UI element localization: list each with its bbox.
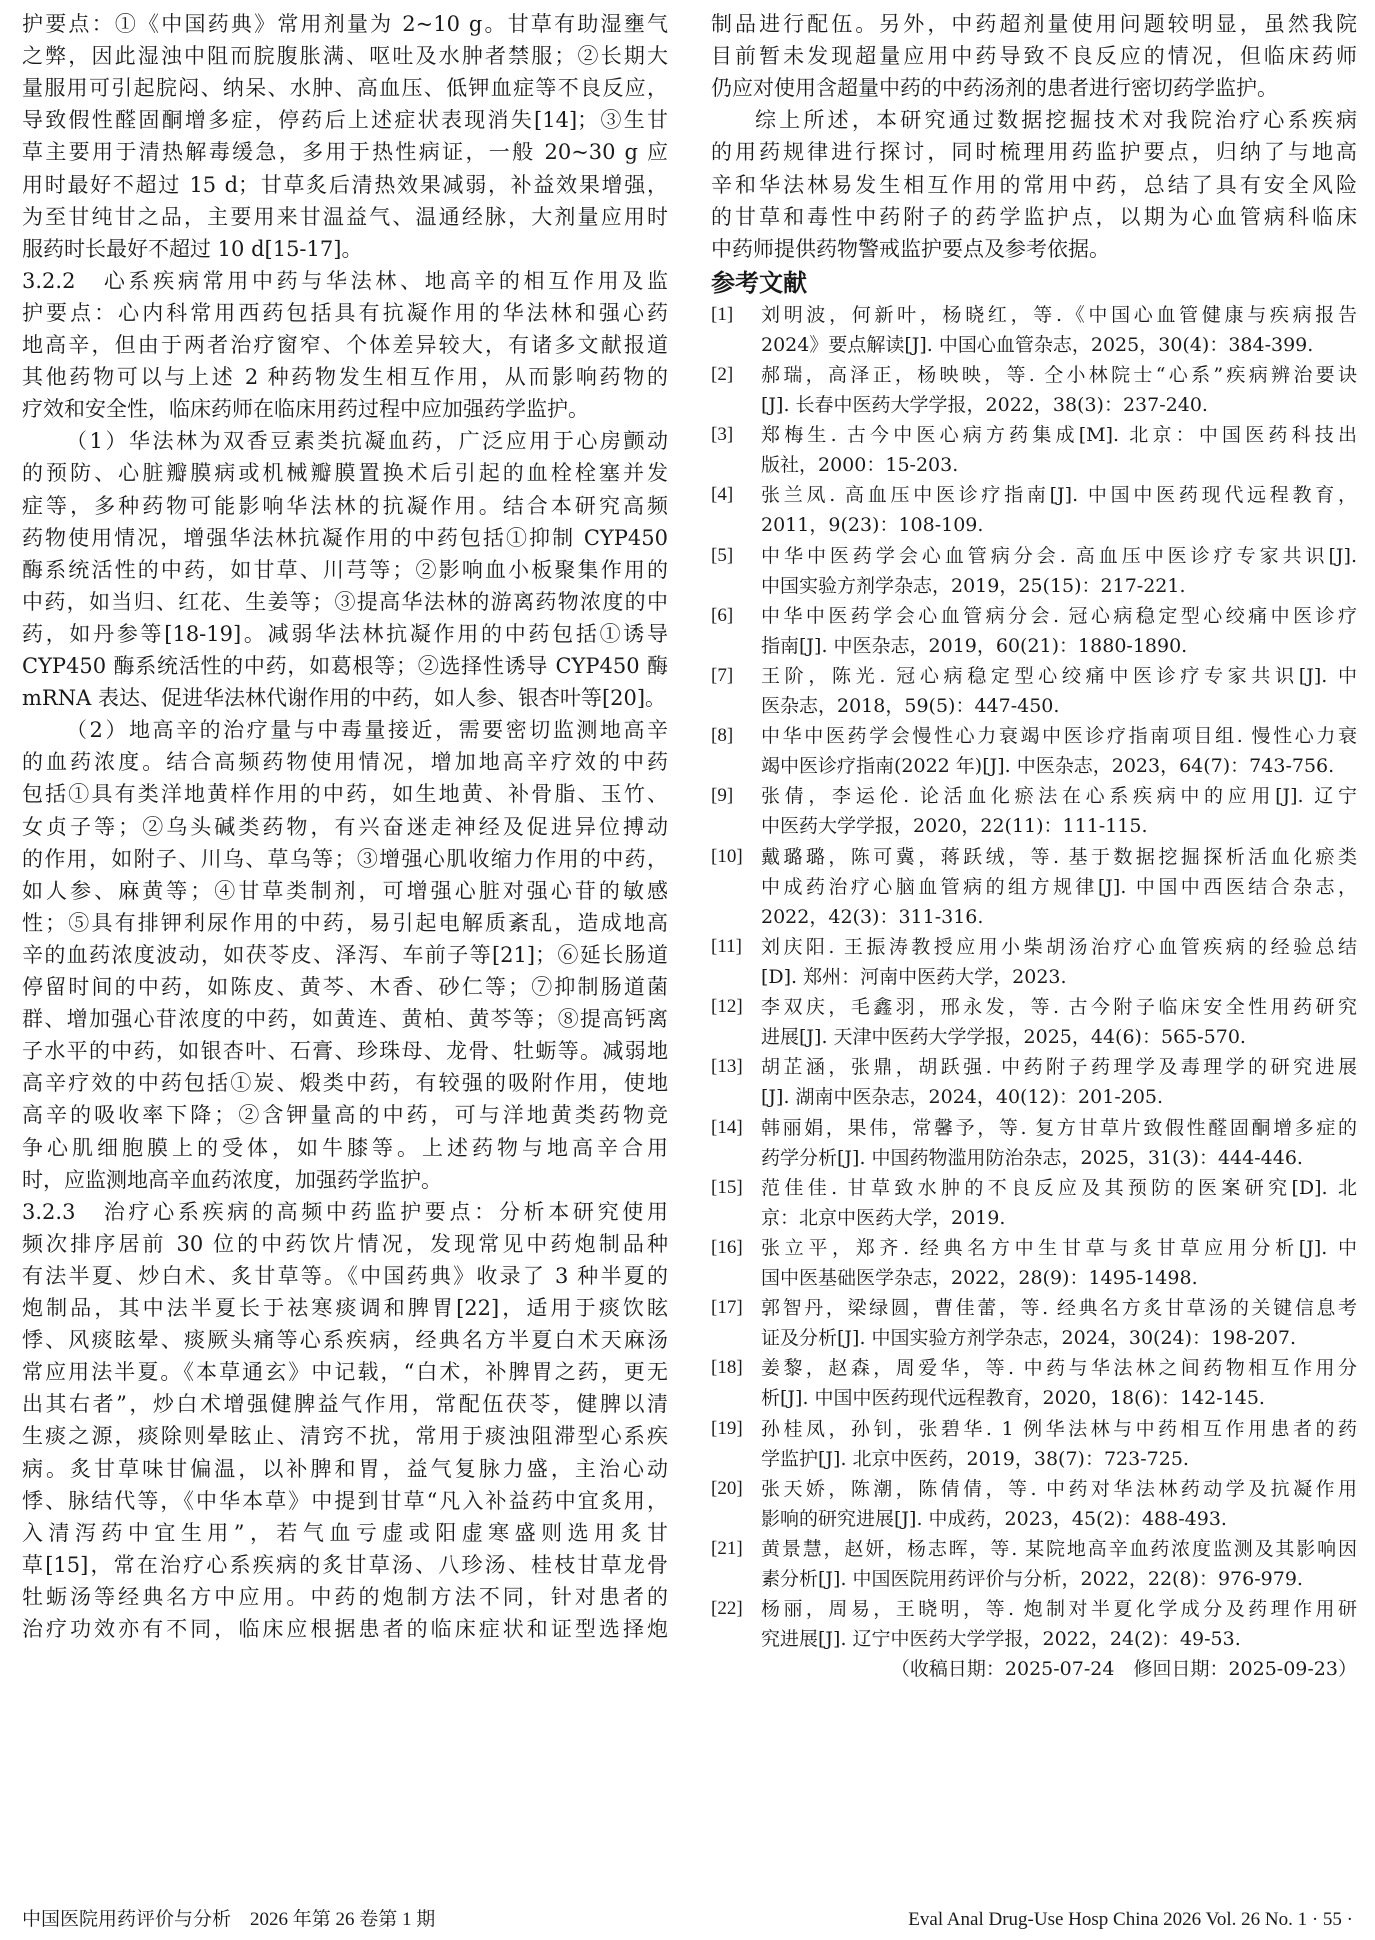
reference-number: [11] xyxy=(711,931,742,963)
reference-text-line: 析[J]. 中国中医药现代远程教育，2020，18(6)：142-145. xyxy=(761,1382,1357,1414)
text-line: 药，如丹参等[18-19]。减弱华法林抗凝作用的中药包括①诱导 xyxy=(22,618,668,650)
text-line: 制品进行配伍。另外，中药超剂量使用问题较明显，虽然我院 xyxy=(711,8,1357,40)
reference-text-line: 戴璐璐，陈可冀，蒋跃绒，等. 基于数据挖掘探析活血化瘀类 xyxy=(761,841,1357,873)
reference-text-line: 药学分析[J]. 中国药物滥用防治杂志，2025，31(3)：444-446. xyxy=(761,1142,1357,1174)
reference-text-line: 刘明波，何新叶，杨晓红，等.《中国心血管健康与疾病报告 xyxy=(761,299,1357,331)
text-line: 症等，多种药物可能影响华法林的抗凝作用。结合本研究高频 xyxy=(22,490,668,522)
text-line: 用时最好不超过 15 d；甘草炙后清热效果减弱，补益效果增强， xyxy=(22,169,668,201)
reference-text-line: 影响的研究进展[J]. 中成药，2023，45(2)：488-493. xyxy=(761,1503,1357,1535)
reference-text-line: 姜黎，赵森，周爱华，等. 中药与华法林之间药物相互作用分 xyxy=(761,1352,1357,1384)
text-line: 停留时间的中药，如陈皮、黄芩、木香、砂仁等；⑦抑制肠道菌 xyxy=(22,971,668,1003)
reference-number: [16] xyxy=(711,1232,743,1264)
footer-page-info: Eval Anal Drug-Use Hosp China 2026 Vol. … xyxy=(908,1908,1353,1932)
reference-number: [3] xyxy=(711,419,733,451)
text-line: 地高辛，但由于两者治疗窗窄、个体差异较大，有诸多文献报道 xyxy=(22,329,668,361)
text-line: 频次排序居前 30 位的中药饮片情况，发现常见中药炮制品种 xyxy=(22,1228,668,1260)
text-line: 悸、脉结代等，《中华本草》中提到甘草“凡入补益药中宜炙用， xyxy=(22,1485,668,1517)
text-line: 出其右者”，炒白术增强健脾益气作用，常配伍茯苓，健脾以清 xyxy=(22,1388,668,1420)
text-line: 为至甘纯甘之品，主要用来甘温益气、温通经脉，大剂量应用时 xyxy=(22,201,668,233)
text-line: 草主要用于清热解毒缓急，多用于热性病证，一般 20~30 g 应 xyxy=(22,136,668,168)
text-line: 如人参、麻黄等；④甘草类制剂，可增强心脏对强心苷的敏感 xyxy=(22,875,668,907)
text-line: 护要点：①《中国药典》常用剂量为 2~10 g。甘草有助湿壅气 xyxy=(22,8,668,40)
text-line: 病。炙甘草味甘偏温，以补脾和胃，益气复脉力盛，主治心动 xyxy=(22,1453,668,1485)
reference-text-line: 郑梅生. 古今中医心病方药集成[M]. 北京：中国医药科技出 xyxy=(761,419,1357,451)
reference-text-line: 中华中医药学会慢性心力衰竭中医诊疗指南项目组. 慢性心力衰 xyxy=(761,720,1357,752)
reference-text-line: 学监护[J]. 北京中医药，2019，38(7)：723-725. xyxy=(761,1443,1357,1475)
reference-text-line: 中华中医药学会心血管病分会. 冠心病稳定型心绞痛中医诊疗 xyxy=(761,600,1357,632)
reference-number: [10] xyxy=(711,841,743,873)
reference-number: [4] xyxy=(711,479,733,511)
reference-text-line: 张立平，郑齐. 经典名方中生甘草与炙甘草应用分析[J]. 中 xyxy=(761,1232,1357,1264)
text-line: 仍应对使用含超量中药的中药汤剂的患者进行密切药学监护。 xyxy=(711,72,1357,104)
text-line: 的甘草和毒性中药附子的药学监护点，以期为心血管病科临床 xyxy=(711,201,1357,233)
text-line: 争心肌细胞膜上的受体，如牛膝等。上述药物与地高辛合用 xyxy=(22,1132,668,1164)
text-line: 导致假性醛固酮增多症，停药后上述症状表现消失[14]；③生甘 xyxy=(22,104,668,136)
text-line: 综上所述，本研究通过数据挖掘技术对我院治疗心系疾病 xyxy=(755,104,1357,136)
reference-number: [5] xyxy=(711,540,733,572)
text-line: 中药师提供药物警戒监护要点及参考依据。 xyxy=(711,233,1357,265)
text-line: 3.2.2 心系疾病常用中药与华法林、地高辛的相互作用及监 xyxy=(22,265,668,297)
text-line: 药物使用情况，增强华法林抗凝作用的中药包括①抑制 CYP450 xyxy=(22,522,668,554)
reference-number: [18] xyxy=(711,1352,743,1384)
reference-text-line: 2024》要点解读[J]. 中国心血管杂志，2025，30(4)：384-399… xyxy=(761,329,1357,361)
reference-text-line: 李双庆，毛鑫羽，邢永发，等. 古今附子临床安全性用药研究 xyxy=(761,991,1357,1023)
reference-number: [2] xyxy=(711,359,733,391)
text-line: 3.2.3 治疗心系疾病的高频中药监护要点：分析本研究使用 xyxy=(22,1196,668,1228)
text-line: 的用药规律进行探讨，同时梳理用药监护要点，归纳了与地高 xyxy=(711,136,1357,168)
reference-text-line: 郝瑞，高泽正，杨映映，等. 仝小林院士“心系”疾病辨治要诀 xyxy=(761,359,1357,391)
text-line: 悸、风痰眩晕、痰厥头痛等心系疾病，经典名方半夏白术天麻汤 xyxy=(22,1324,668,1356)
text-line: 治疗功效亦有不同，临床应根据患者的临床症状和证型选择炮 xyxy=(22,1613,668,1645)
reference-text-line: 2022，42(3)：311-316. xyxy=(761,901,1357,933)
text-line: 其他药物可以与上述 2 种药物发生相互作用，从而影响药物的 xyxy=(22,361,668,393)
text-line: 牡蛎汤等经典名方中应用。中药的炮制方法不同，针对患者的 xyxy=(22,1581,668,1613)
reference-number: [6] xyxy=(711,600,733,632)
text-line: 女贞子等；②乌头碱类药物，有兴奋迷走神经及促进异位搏动 xyxy=(22,811,668,843)
reference-text-line: 韩丽娟，果伟，常馨予，等. 复方甘草片致假性醛固酮增多症的 xyxy=(761,1112,1357,1144)
reference-text-line: [D]. 郑州：河南中医药大学，2023. xyxy=(761,961,1357,993)
text-line: 子水平的中药，如银杏叶、石膏、珍珠母、龙骨、牡蛎等。减弱地 xyxy=(22,1035,668,1067)
text-line: 中药，如当归、红花、生姜等；③提高华法林的游离药物浓度的中 xyxy=(22,586,668,618)
reference-number: [12] xyxy=(711,991,743,1023)
text-line: 量服用可引起脘闷、纳呆、水肿、高血压、低钾血症等不良反应， xyxy=(22,72,668,104)
reference-text-line: 胡芷涵，张鼎，胡跃强. 中药附子药理学及毒理学的研究进展 xyxy=(761,1051,1357,1083)
text-line: 包括①具有类洋地黄样作用的中药，如生地黄、补骨脂、玉竹、 xyxy=(22,778,668,810)
text-line: 酶系统活性的中药，如甘草、川芎等；②影响血小板聚集作用的 xyxy=(22,554,668,586)
text-line: 时，应监测地高辛血药浓度，加强药学监护。 xyxy=(22,1164,668,1196)
reference-number: [15] xyxy=(711,1172,743,1204)
reference-number: [14] xyxy=(711,1112,743,1144)
received-dates: （收稿日期：2025-07-24 修回日期：2025-09-23） xyxy=(891,1653,1357,1685)
reference-text-line: 中医药大学学报，2020，22(11)：111-115. xyxy=(761,810,1357,842)
footer-journal-issue: 中国医院用药评价与分析 2026 年第 26 卷第 1 期 xyxy=(22,1908,435,1932)
reference-text-line: 黄景慧，赵妍，杨志晖，等. 某院地高辛血药浓度监测及其影响因 xyxy=(761,1533,1357,1565)
text-line: mRNA 表达、促进华法林代谢作用的中药，如人参、银杏叶等[20]。 xyxy=(22,682,668,714)
text-line: 草[15]，常在治疗心系疾病的炙甘草汤、八珍汤、桂枝甘草龙骨 xyxy=(22,1549,668,1581)
text-line: 有法半夏、炒白术、炙甘草等。《中国药典》收录了 3 种半夏的 xyxy=(22,1260,668,1292)
reference-text-line: 张兰凤. 高血压中医诊疗指南[J]. 中国中医药现代远程教育， xyxy=(761,479,1357,511)
text-line: （2）地高辛的治疗量与中毒量接近，需要密切监测地高辛 xyxy=(66,714,668,746)
text-line: 常应用法半夏。《本草通玄》中记载，“白术，补脾胃之药，更无 xyxy=(22,1356,668,1388)
text-line: 高辛的吸收率下降；②含钾量高的中药，可与洋地黄类药物竞 xyxy=(22,1099,668,1131)
reference-text-line: 中国实验方剂学杂志，2019，25(15)：217-221. xyxy=(761,570,1357,602)
reference-number: [7] xyxy=(711,660,733,692)
reference-number: [21] xyxy=(711,1533,743,1565)
reference-number: [20] xyxy=(711,1473,743,1505)
reference-text-line: 中成药治疗心脑血管病的组方规律[J]. 中国中西医结合杂志， xyxy=(761,871,1357,903)
reference-number: [1] xyxy=(711,299,733,331)
reference-text-line: 国中医基础医学杂志，2022，28(9)：1495-1498. xyxy=(761,1262,1357,1294)
reference-text-line: 版社，2000：15-203. xyxy=(761,449,1357,481)
text-line: 目前暂未发现超量应用中药导致不良反应的情况，但临床药师 xyxy=(711,40,1357,72)
reference-number: [9] xyxy=(711,780,733,812)
reference-number: [13] xyxy=(711,1051,743,1083)
reference-text-line: 医杂志，2018，59(5)：447-450. xyxy=(761,690,1357,722)
reference-text-line: 张天娇，陈潮，陈倩倩，等. 中药对华法林药动学及抗凝作用 xyxy=(761,1473,1357,1505)
text-line: 护要点：心内科常用西药包括具有抗凝作用的华法林和强心药 xyxy=(22,297,668,329)
text-line: CYP450 酶系统活性的中药，如葛根等；②选择性诱导 CYP450 酶 xyxy=(22,650,668,682)
reference-number: [19] xyxy=(711,1413,743,1445)
text-line: 的作用，如附子、川乌、草乌等；③增强心肌收缩力作用的中药， xyxy=(22,843,668,875)
text-line: 辛和华法林易发生相互作用的常用中药，总结了具有安全风险 xyxy=(711,169,1357,201)
text-line: 的血药浓度。结合高频药物使用情况，增加地高辛疗效的中药 xyxy=(22,746,668,778)
reference-text-line: 中华中医药学会心血管病分会. 高血压中医诊疗专家共识[J]. xyxy=(761,540,1357,572)
reference-text-line: 刘庆阳. 王振涛教授应用小柴胡汤治疗心血管疾病的经验总结 xyxy=(761,931,1357,963)
reference-text-line: 张倩，李运伦. 论活血化瘀法在心系疾病中的应用[J]. 辽宁 xyxy=(761,780,1357,812)
text-line: 疗效和安全性，临床药师在临床用药过程中应加强药学监护。 xyxy=(22,393,668,425)
text-line: 性；⑤具有排钾利尿作用的中药，易引起电解质紊乱，造成地高 xyxy=(22,907,668,939)
reference-text-line: 2011，9(23)：108-109. xyxy=(761,509,1357,541)
reference-text-line: 素分析[J]. 中国医院用药评价与分析，2022，22(8)：976-979. xyxy=(761,1563,1357,1595)
reference-text-line: 范佳佳. 甘草致水肿的不良反应及其预防的医案研究[D]. 北 xyxy=(761,1172,1357,1204)
reference-text-line: 王阶，陈光. 冠心病稳定型心绞痛中医诊疗专家共识[J]. 中 xyxy=(761,660,1357,692)
reference-number: [8] xyxy=(711,720,733,752)
reference-text-line: [J]. 长春中医药大学学报，2022，38(3)：237-240. xyxy=(761,389,1357,421)
reference-number: [17] xyxy=(711,1292,743,1324)
references-heading: 参考文献 xyxy=(711,267,807,299)
text-line: 生痰之源，痰除则晕眩止、清窍不扰，常用于痰浊阻滞型心系疾 xyxy=(22,1420,668,1452)
text-line: 辛的血药浓度波动，如茯苓皮、泽泻、车前子等[21]；⑥延长肠道 xyxy=(22,939,668,971)
text-line: 高辛疗效的中药包括①炭、煅类中药，有较强的吸附作用，使地 xyxy=(22,1067,668,1099)
reference-text-line: 京：北京中医药大学，2019. xyxy=(761,1202,1357,1234)
reference-text-line: 竭中医诊疗指南(2022 年)[J]. 中医杂志，2023，64(7)：743-… xyxy=(761,750,1357,782)
text-line: 入清泻药中宜生用”，若气血亏虚或阳虚寒盛则选用炙甘 xyxy=(22,1517,668,1549)
text-line: 的预防、心脏瓣膜病或机械瓣膜置换术后引起的血栓栓塞并发 xyxy=(22,457,668,489)
text-line: 服药时长最好不超过 10 d[15-17]。 xyxy=(22,233,668,265)
reference-text-line: 孙桂凤，孙钊，张碧华. 1 例华法林与中药相互作用患者的药 xyxy=(761,1413,1357,1445)
reference-text-line: 究进展[J]. 辽宁中医药大学学报，2022，24(2)：49-53. xyxy=(761,1623,1357,1655)
reference-text-line: 郭智丹，梁绿圆，曹佳蕾，等. 经典名方炙甘草汤的关键信息考 xyxy=(761,1292,1357,1324)
text-line: （1）华法林为双香豆素类抗凝血药，广泛应用于心房颤动 xyxy=(66,425,668,457)
reference-number: [22] xyxy=(711,1593,743,1625)
reference-text-line: 证及分析[J]. 中国实验方剂学杂志，2024，30(24)：198-207. xyxy=(761,1322,1357,1354)
reference-text-line: 进展[J]. 天津中医药大学学报，2025，44(6)：565-570. xyxy=(761,1021,1357,1053)
text-line: 之弊，因此湿浊中阻而脘腹胀满、呕吐及水肿者禁服；②长期大 xyxy=(22,40,668,72)
text-line: 炮制品，其中法半夏长于祛寒痰调和脾胃[22]，适用于痰饮眩 xyxy=(22,1292,668,1324)
reference-text-line: 指南[J]. 中医杂志，2019，60(21)：1880-1890. xyxy=(761,630,1357,662)
text-line: 群、增加强心苷浓度的中药，如黄连、黄柏、黄芩等；⑧提高钙离 xyxy=(22,1003,668,1035)
reference-text-line: 杨丽，周易，王晓明，等. 炮制对半夏化学成分及药理作用研 xyxy=(761,1593,1357,1625)
reference-text-line: [J]. 湖南中医杂志，2024，40(12)：201-205. xyxy=(761,1081,1357,1113)
